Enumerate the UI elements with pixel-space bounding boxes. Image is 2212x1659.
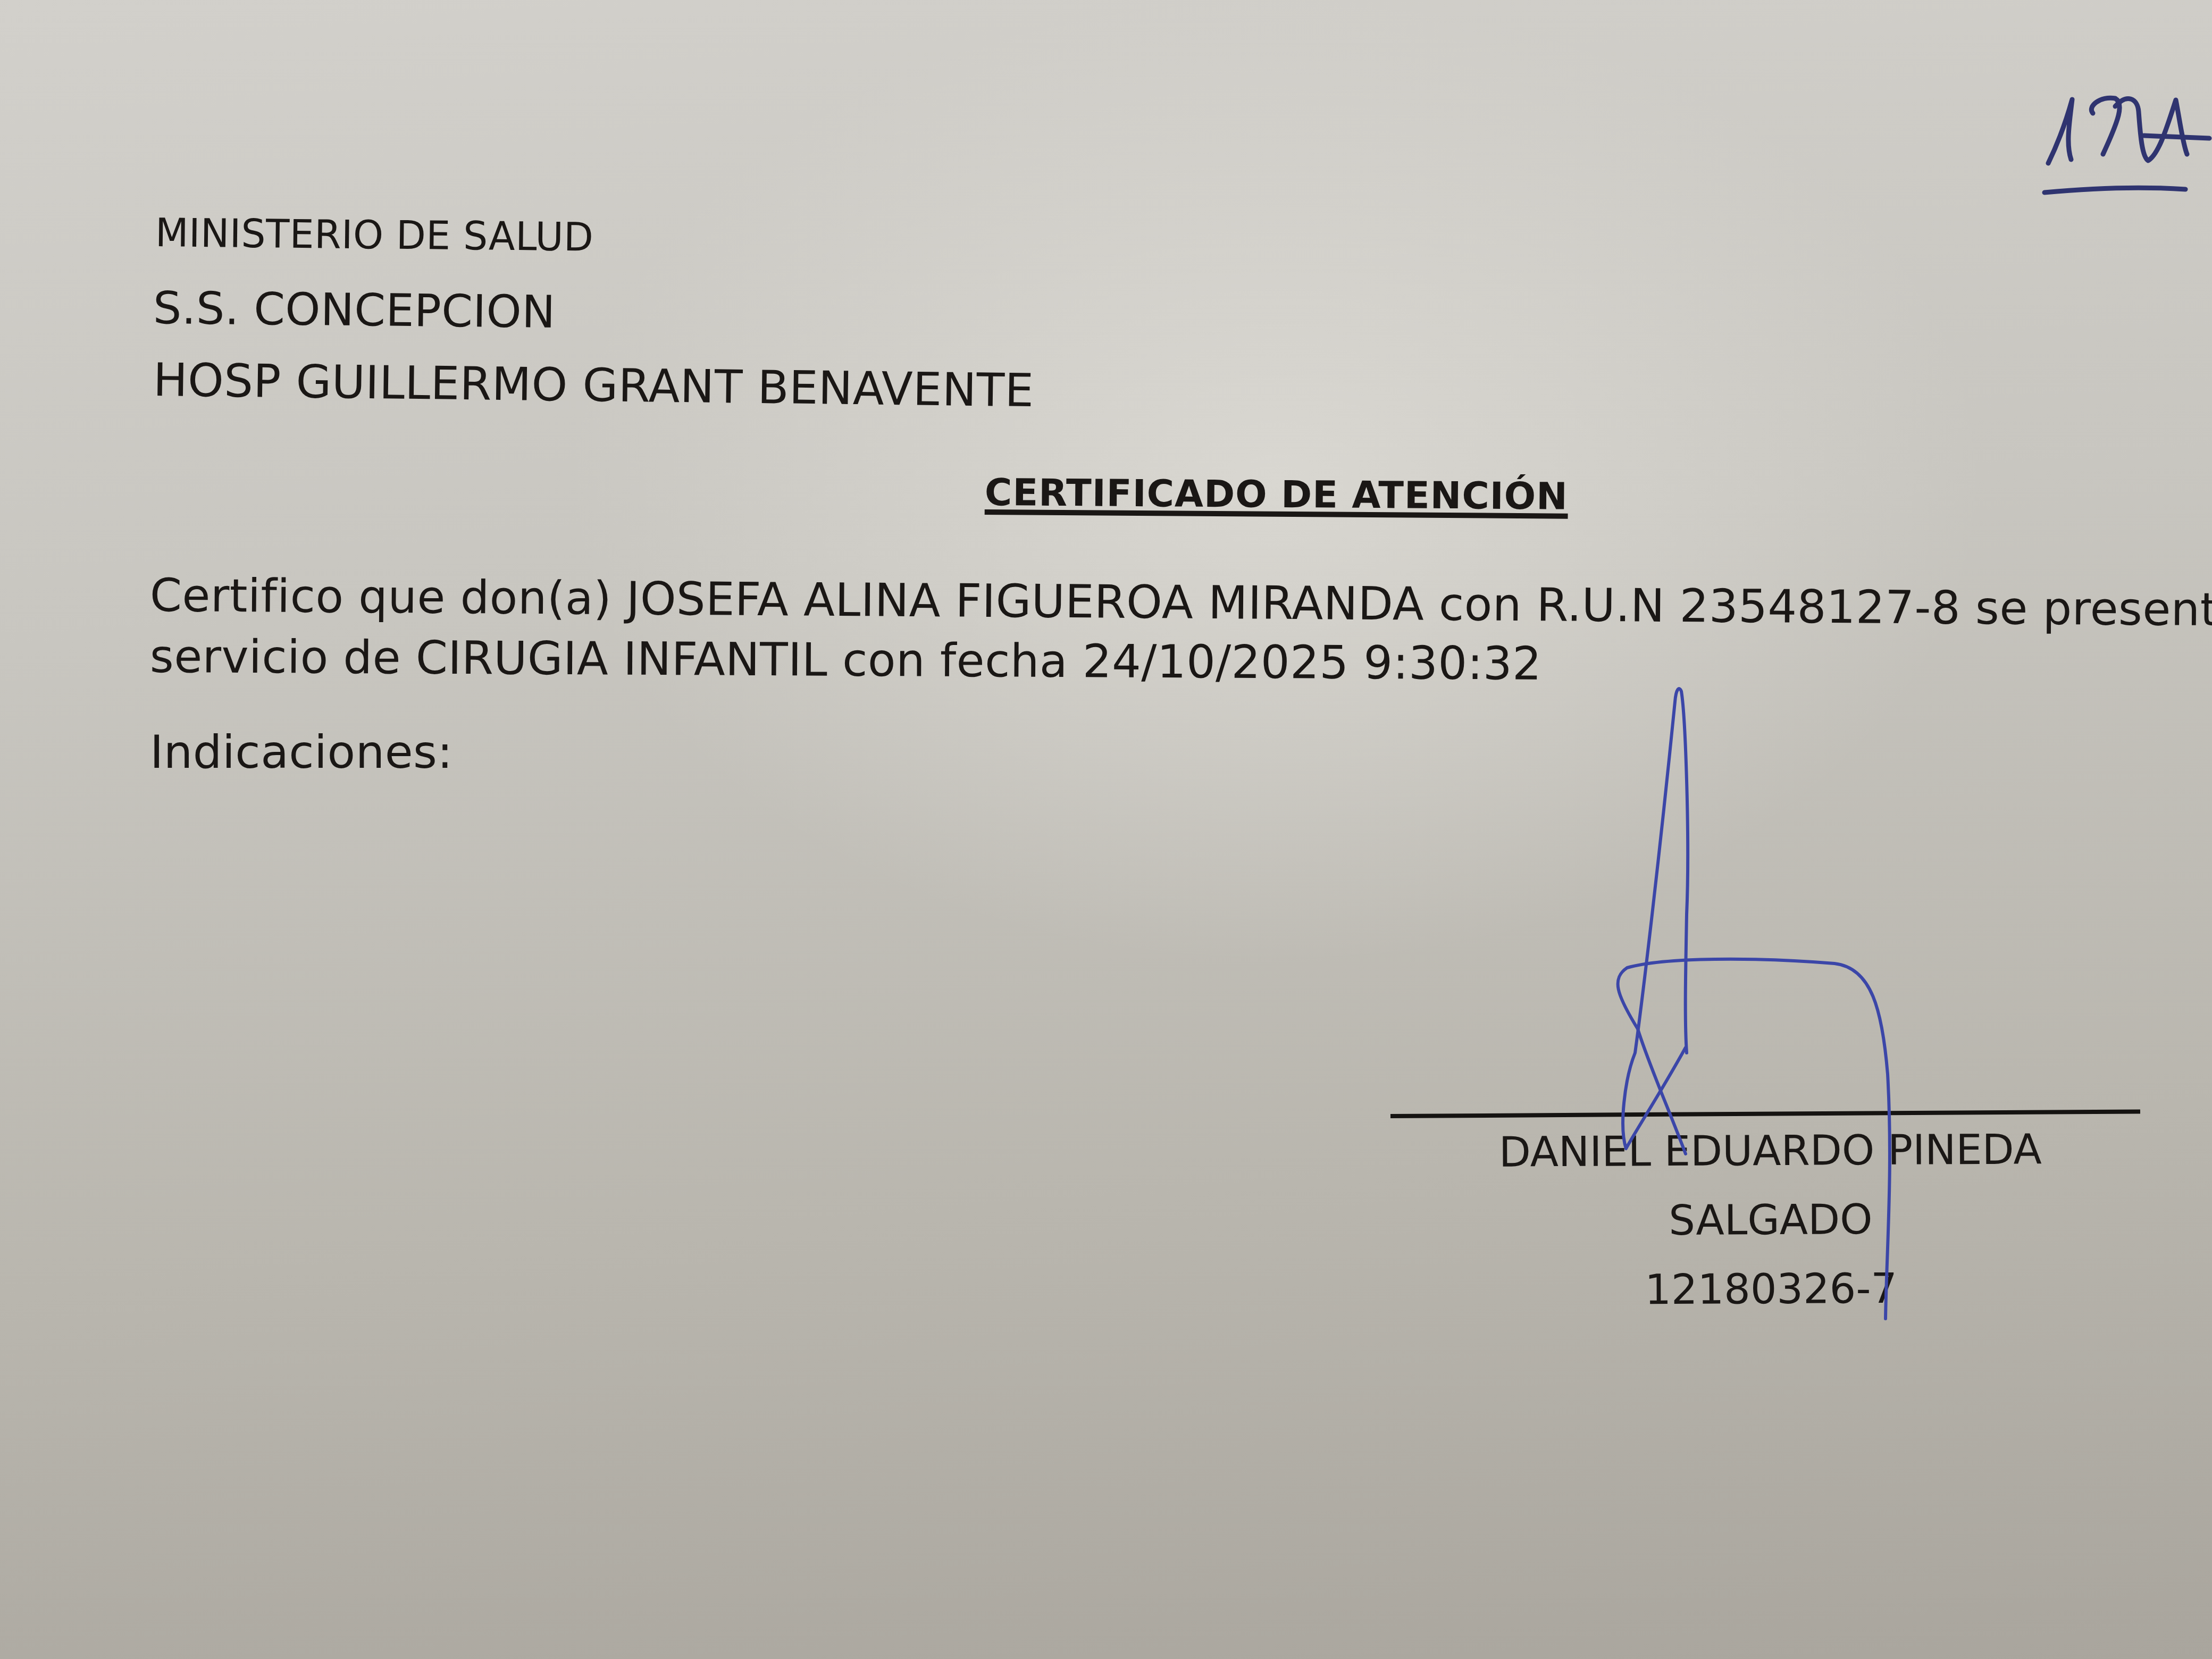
handwritten-annotation-icon	[2045, 98, 2209, 192]
signer-name-line-1: DANIEL EDUARDO PINEDA	[1478, 1115, 2063, 1187]
signer-block: DANIEL EDUARDO PINEDA SALGADO 12180326-7	[1478, 1115, 2064, 1326]
header-hospital: HOSP GUILLERMO GRANT BENAVENTE	[153, 354, 1034, 417]
document-title: CERTIFICADO DE ATENCIÓN	[985, 471, 1568, 518]
header-ministry: MINISTERIO DE SALUD	[155, 210, 594, 261]
indications-label: Indicaciones:	[150, 726, 453, 779]
certificate-page: MINISTERIO DE SALUD S.S. CONCEPCION HOSP…	[0, 0, 2212, 1659]
certification-text-line-2: servicio de CIRUGIA INFANTIL con fecha 2…	[150, 630, 1542, 691]
certification-text-line-1: Certifico que don(a) JOSEFA ALINA FIGUER…	[150, 569, 2212, 638]
header-health-service: S.S. CONCEPCION	[153, 282, 556, 338]
signer-name-line-2: SALGADO	[1478, 1184, 2064, 1256]
signer-run: 12180326-7	[1478, 1253, 2064, 1326]
